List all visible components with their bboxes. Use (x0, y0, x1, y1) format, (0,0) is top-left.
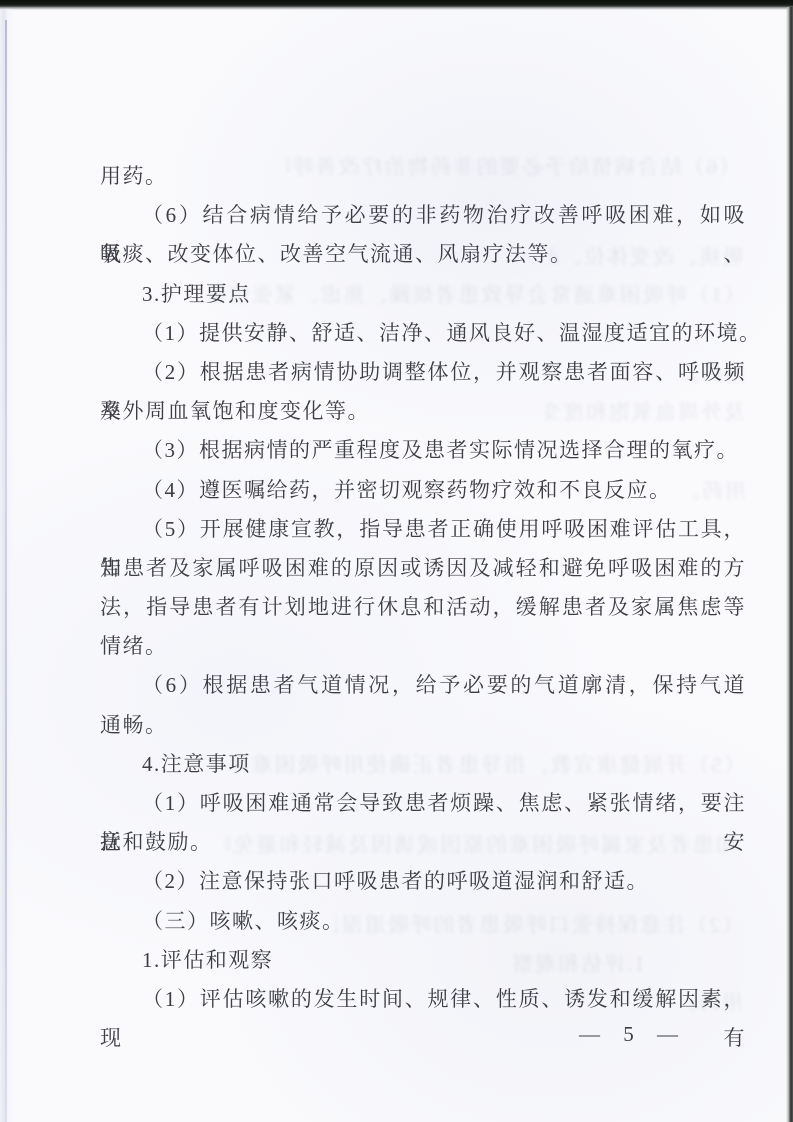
text-line: 法，指导患者有计划地进行休息和活动，缓解患者及家属焦虑等 (100, 588, 746, 627)
text-line: 3.护理要点 (100, 275, 746, 314)
text-line: 及外周血氧饱和度变化等。 (100, 392, 746, 431)
text-line: 通畅。 (100, 706, 746, 745)
text-line: （2）注意保持张口呼吸患者的呼吸道湿润和舒适。 (100, 862, 746, 901)
text-line: 4.注意事项 (100, 745, 746, 784)
text-line: （2）根据患者病情协助调整体位，并观察患者面容、呼吸频率 (100, 353, 746, 392)
text-line: （3）根据病情的严重程度及患者实际情况选择合理的氧疗。 (100, 431, 746, 470)
document-text-block: 用药。（6）结合病情给予必要的非药物治疗改善呼吸困难，如吸氧、吸痰、改变体位、改… (100, 157, 746, 1019)
scanner-top-edge (0, 0, 793, 10)
text-line: （6）根据患者气道情况，给予必要的气道廓清，保持气道 (100, 666, 746, 705)
text-line: 知患者及家属呼吸困难的原因或诱因及减轻和避免呼吸困难的方 (100, 549, 746, 588)
book-left-edge-line (5, 20, 7, 1122)
scanned-document-page: （6）结合病情给予必要的非药物治疗改善呼吸困难，如吸氧、吸痰、改变体位、改善空气… (0, 0, 793, 1122)
text-line: （5）开展健康宣教，指导患者正确使用呼吸困难评估工具，告 (100, 510, 746, 549)
text-line: （1）呼吸困难通常会导致患者烦躁、焦虑、紧张情绪，要注意安 (100, 784, 746, 823)
text-line: 用药。 (100, 157, 746, 196)
text-line: 1.评估和观察 (100, 941, 746, 980)
text-line: （三）咳嗽、咳痰。 (100, 902, 746, 941)
text-line: （1）评估咳嗽的发生时间、规律、性质、诱发和缓解因素，现有 (100, 980, 746, 1019)
page-number: — 5 — (579, 1022, 681, 1047)
scanner-right-edge (786, 7, 793, 1122)
text-line: （1）提供安静、舒适、洁净、通风良好、温湿度适宜的环境。 (100, 314, 746, 353)
text-line: 情绪。 (100, 627, 746, 666)
text-line: （4）遵医嘱给药，并密切观察药物疗效和不良反应。 (100, 471, 746, 510)
text-line: （6）结合病情给予必要的非药物治疗改善呼吸困难，如吸氧、 (100, 196, 746, 235)
book-left-page-edge (0, 9, 14, 1122)
